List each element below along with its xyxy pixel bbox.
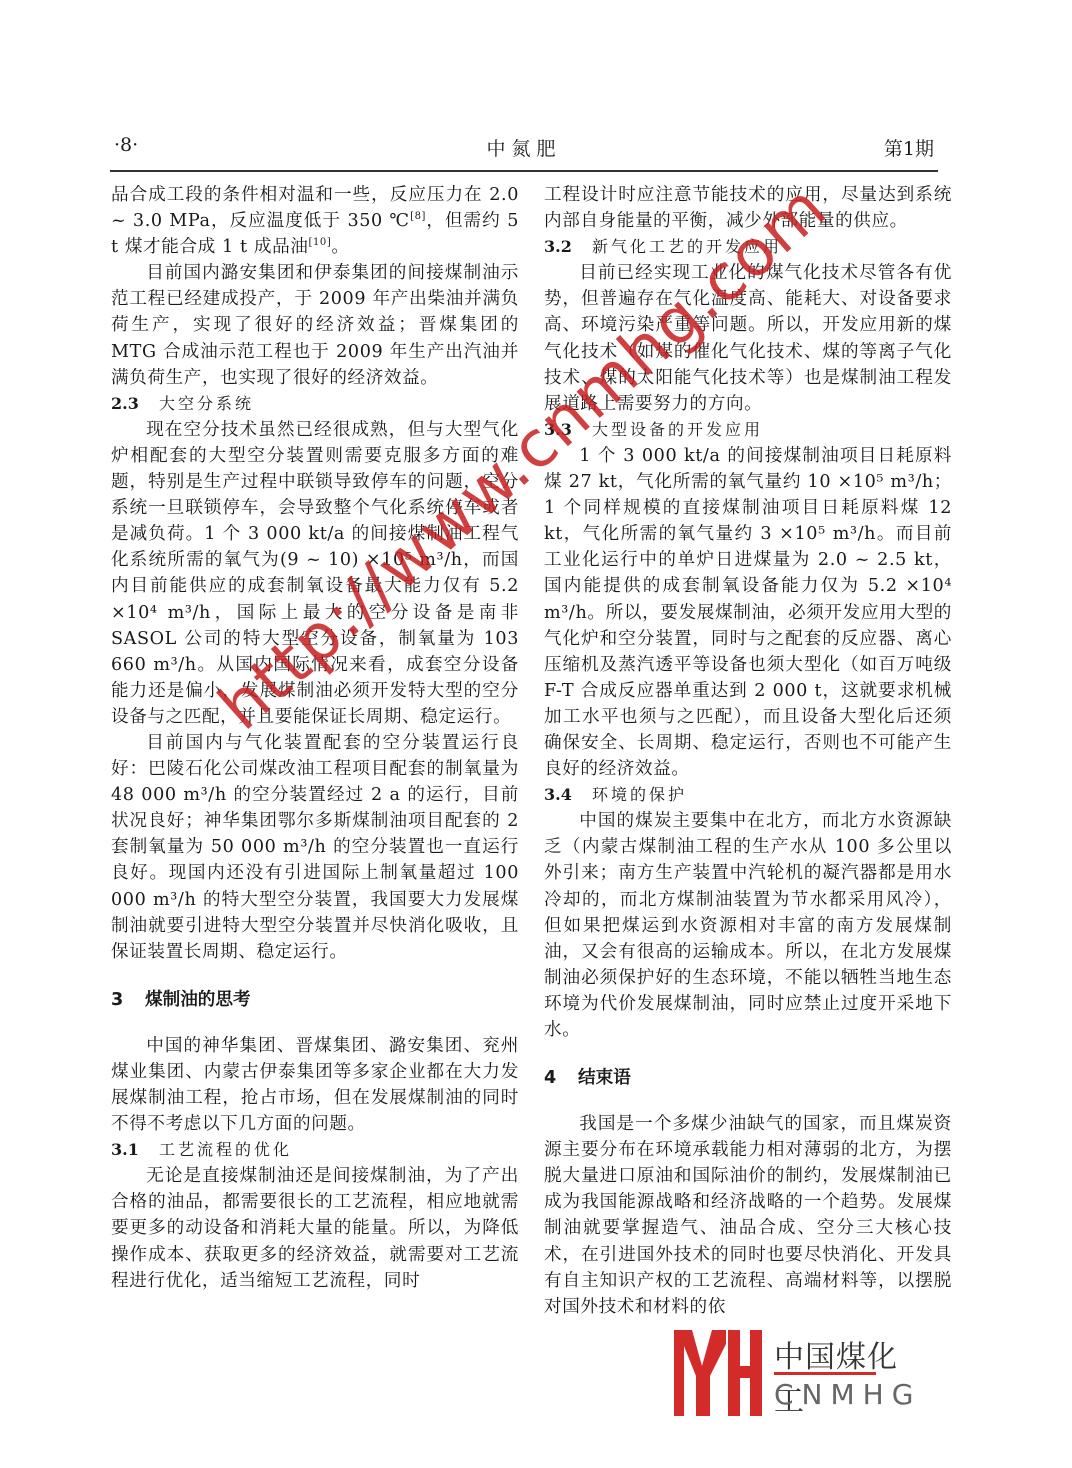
paragraph: 无论是直接煤制油还是间接煤制油，为了产出合格的油品，都需要很长的工艺流程，相应地… [111, 1163, 519, 1293]
section-heading-3-3: 3.3大型设备的开发应用 [544, 417, 952, 443]
logo-name-en: CNMHG [774, 1378, 921, 1411]
paragraph: 工程设计时应注意节能技术的应用，尽量达到系统内部自身能量的平衡，减少外部能量的供… [544, 182, 952, 234]
yh-logo-icon [672, 1326, 764, 1418]
section-heading-3: 3煤制油的思考 [111, 987, 519, 1013]
citation[interactable]: [10] [308, 237, 331, 248]
paragraph: 品合成工段的条件相对温和一些，反应压力在 2.0 ~ 3.0 MPa，反应温度低… [111, 182, 519, 260]
citation[interactable]: [8] [410, 211, 426, 222]
paragraph: 1 个 3 000 kt/a 的间接煤制油项目日耗原料煤 27 kt，气化所需的… [544, 443, 952, 782]
section-heading-3-4: 3.4环境的保护 [544, 782, 952, 808]
logo-divider [774, 1372, 876, 1375]
header-rule [110, 170, 938, 172]
paragraph: 目前国内潞安集团和伊泰集团的间接煤制油示范工程已经建成投产，于 2009 年产出… [111, 260, 519, 390]
paragraph: 中国的煤炭主要集中在北方，而北方水资源缺乏（内蒙古煤制油工程的生产水从 100 … [544, 808, 952, 1043]
section-heading-2-3: 2.3大空分系统 [111, 391, 519, 417]
paragraph: 我国是一个多煤少油缺气的国家，而且煤炭资源主要分布在环境承载能力相对薄弱的北方，… [544, 1111, 952, 1320]
paragraph: 目前已经实现工业化的煤气化技术尽管各有优势，但普遍存在气化温度高、能耗大、对设备… [544, 260, 952, 417]
paragraph: 现在空分技术虽然已经很成熟，但与大型气化炉相配套的大型空分装置则需要克服多方面的… [111, 417, 519, 730]
cnmhg-logo: 中国煤化工 CNMHG [672, 1326, 910, 1418]
journal-title: 中氮肥 [110, 134, 938, 161]
section-heading-4: 4结束语 [544, 1065, 952, 1091]
section-heading-3-2: 3.2新气化工艺的开发应用 [544, 234, 952, 260]
page-header: ·8· 中氮肥 第1期 [110, 130, 938, 160]
issue-number: 第1期 [884, 134, 934, 161]
paragraph: 目前国内与气化装置配套的空分装置运行良好：巴陵石化公司煤改油工程项目配套的制氧量… [111, 730, 519, 965]
right-column: 工程设计时应注意节能技术的应用，尽量达到系统内部自身能量的平衡，减少外部能量的供… [544, 182, 952, 1320]
left-column: 品合成工段的条件相对温和一些，反应压力在 2.0 ~ 3.0 MPa，反应温度低… [111, 182, 519, 1294]
section-heading-3-1: 3.1工艺流程的优化 [111, 1137, 519, 1163]
paragraph: 中国的神华集团、晋煤集团、潞安集团、兖州煤业集团、内蒙古伊泰集团等多家企业都在大… [111, 1033, 519, 1137]
